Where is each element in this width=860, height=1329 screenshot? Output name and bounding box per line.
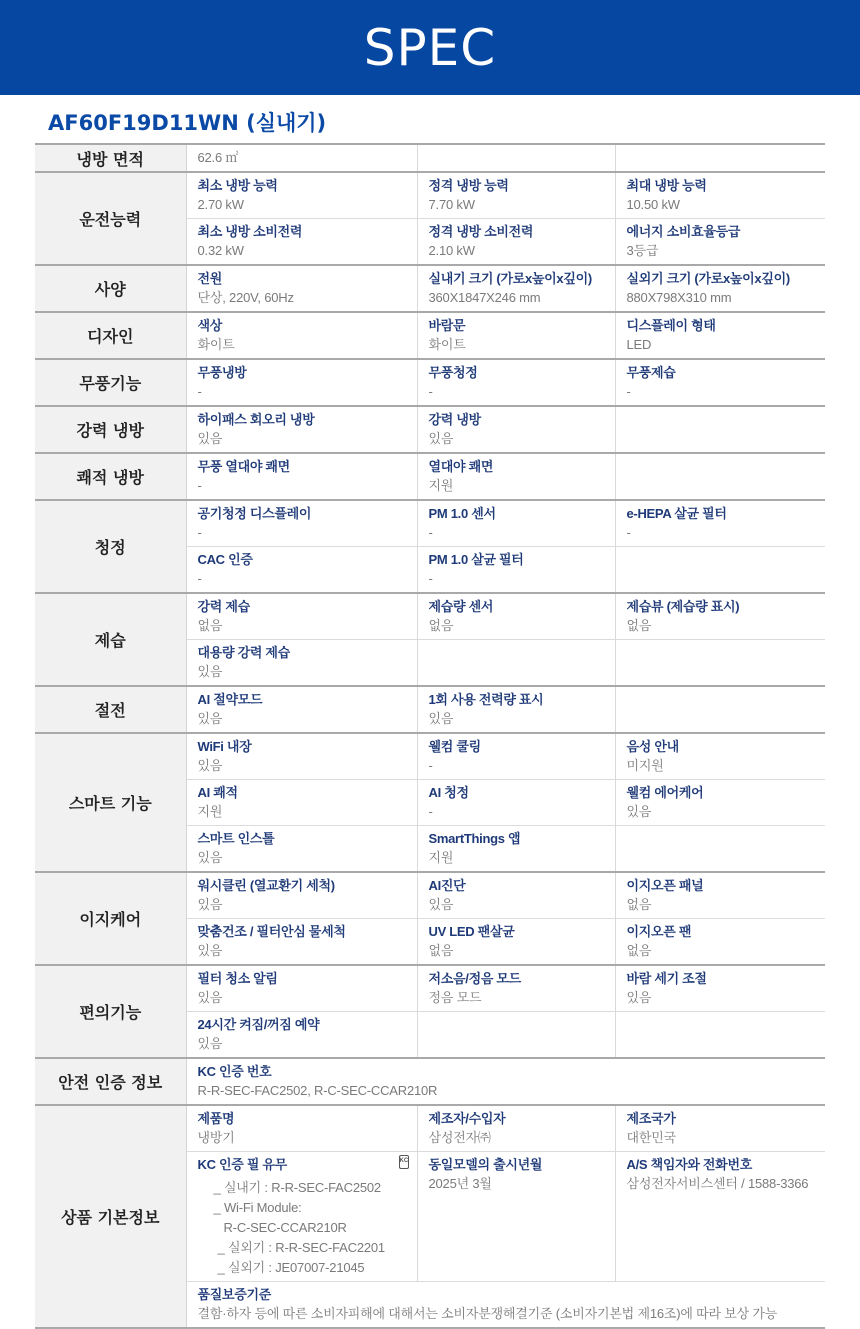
spec-value: 2.10 kW	[429, 241, 615, 261]
spec-label: 강력 냉방	[429, 410, 615, 429]
spec-label: AI 청정	[429, 783, 615, 802]
spec-cell: 웰컴 쿨링-	[417, 733, 615, 780]
kc-mark-label: KC 인증 필 유무	[198, 1155, 287, 1174]
spec-cell: 제습뷰 (제습량 표시)없음	[615, 593, 825, 640]
spec-label: 맞춤건조 / 필터안심 물세척	[198, 922, 417, 941]
group-label-basic: 상품 기본정보	[35, 1105, 186, 1328]
spec-cell: 색상화이트	[186, 312, 417, 359]
group-label-area: 냉방 면적	[35, 144, 186, 172]
group-label-smart: 스마트 기능	[35, 733, 186, 872]
release-value: 2025년 3월	[429, 1174, 615, 1194]
spec-value: 360X1847X246 mm	[429, 288, 615, 308]
spec-value: 화이트	[429, 335, 615, 355]
area-value: 62.6 ㎡	[198, 148, 417, 168]
kc-line: _ Wi-Fi Module:	[204, 1198, 417, 1218]
spec-cell	[417, 1012, 615, 1059]
spec-value: 없음	[627, 616, 826, 636]
spec-value: 있음	[198, 988, 417, 1008]
spec-cell: 에너지 소비효율등급3등급	[615, 219, 825, 266]
spec-label: 무풍청정	[429, 363, 615, 382]
spec-cell: e-HEPA 살균 필터-	[615, 500, 825, 547]
spec-value: -	[198, 569, 417, 589]
spec-value: 있음	[198, 662, 417, 682]
spec-value: -	[198, 382, 417, 402]
spec-cell	[615, 686, 825, 733]
row-safety: 안전 인증 정보 KC 인증 번호 R-R-SEC-FAC2502, R-C-S…	[35, 1058, 825, 1105]
kc-line: R-C-SEC-CCAR210R	[204, 1218, 417, 1238]
row-comfort_cool: 쾌적 냉방무풍 열대야 쾌면-열대야 쾌면지원	[35, 453, 825, 500]
spec-value: LED	[627, 335, 826, 355]
spec-label: e-HEPA 살균 필터	[627, 504, 826, 523]
spec-cell: 필터 청소 알림있음	[186, 965, 417, 1012]
spec-cell: PM 1.0 센서-	[417, 500, 615, 547]
row-convenience: 편의기능필터 청소 알림있음저소음/정음 모드정음 모드바람 세기 조절있음	[35, 965, 825, 1012]
spec-label: 제습뷰 (제습량 표시)	[627, 597, 826, 616]
spec-label: 무풍 열대야 쾌면	[198, 457, 417, 476]
kc-number-label: KC 인증 번호	[198, 1062, 826, 1081]
spec-cell: AI 쾌적지원	[186, 780, 417, 826]
spec-cell: 무풍냉방-	[186, 359, 417, 406]
spec-value: 삼성전자㈜	[429, 1128, 615, 1148]
group-label-purify: 청정	[35, 500, 186, 593]
release-label: 동일모델의 출시년월	[429, 1155, 615, 1174]
spec-value: 없음	[198, 616, 417, 636]
spec-value: 2.70 kW	[198, 195, 417, 215]
spec-label: 최대 냉방 능력	[627, 176, 826, 195]
spec-label: 디스플레이 형태	[627, 316, 826, 335]
spec-cell: 바람 세기 조절있음	[615, 965, 825, 1012]
spec-label: 대용량 강력 제습	[198, 643, 417, 662]
spec-label: 열대야 쾌면	[429, 457, 615, 476]
spec-value: 미지원	[627, 756, 826, 776]
spec-label: AI 절약모드	[198, 690, 417, 709]
spec-value: -	[627, 382, 826, 402]
spec-table: 냉방 면적 62.6 ㎡ 운전능력최소 냉방 능력2.70 kW정격 냉방 능력…	[35, 143, 825, 1329]
kc-number-value: R-R-SEC-FAC2502, R-C-SEC-CCAR210R	[198, 1081, 826, 1101]
spec-value: 냉방기	[198, 1128, 417, 1148]
spec-label: UV LED 팬살균	[429, 922, 615, 941]
group-label-dehumid: 제습	[35, 593, 186, 686]
spec-label: 색상	[198, 316, 417, 335]
spec-value: 880X798X310 mm	[627, 288, 826, 308]
warranty-label: 품질보증기준	[198, 1285, 826, 1304]
row-purify: 청정공기청정 디스플레이-PM 1.0 센서-e-HEPA 살균 필터-	[35, 500, 825, 547]
row-design: 디자인색상화이트바람문화이트디스플레이 형태LED	[35, 312, 825, 359]
spec-cell: PM 1.0 살균 필터-	[417, 547, 615, 594]
spec-cell: 디스플레이 형태LED	[615, 312, 825, 359]
spec-cell: 무풍청정-	[417, 359, 615, 406]
spec-cell: AI 절약모드있음	[186, 686, 417, 733]
spec-cell: 이지오픈 팬없음	[615, 919, 825, 966]
spec-cell	[417, 640, 615, 687]
spec-cell: 실외기 크기 (가로x높이x깊이)880X798X310 mm	[615, 265, 825, 312]
spec-cell: 24시간 켜짐/꺼짐 예약있음	[186, 1012, 417, 1059]
group-label-comfort_cool: 쾌적 냉방	[35, 453, 186, 500]
spec-label: SmartThings 앱	[429, 829, 615, 848]
spec-cell: 최대 냉방 능력10.50 kW	[615, 172, 825, 219]
row-saving: 절전AI 절약모드있음1회 사용 전력량 표시있음	[35, 686, 825, 733]
group-label-easycare: 이지케어	[35, 872, 186, 965]
spec-value: 단상, 220V, 60Hz	[198, 288, 417, 308]
spec-value: 대한민국	[627, 1128, 826, 1148]
spec-cell: 스마트 인스톨있음	[186, 826, 417, 873]
spec-label: 바람문	[429, 316, 615, 335]
spec-value: 지원	[429, 848, 615, 868]
row-power_cool: 강력 냉방하이패스 회오리 냉방있음강력 냉방있음	[35, 406, 825, 453]
spec-value: 있음	[198, 709, 417, 729]
spec-value: 화이트	[198, 335, 417, 355]
kc-line: _ 실내기 : R-R-SEC-FAC2502	[204, 1178, 417, 1198]
spec-value: 있음	[198, 941, 417, 961]
spec-value: 0.32 kW	[198, 241, 417, 261]
spec-value: 있음	[198, 429, 417, 449]
row-capacity: 운전능력최소 냉방 능력2.70 kW정격 냉방 능력7.70 kW최대 냉방 …	[35, 172, 825, 219]
row-basic: 상품 기본정보 제품명냉방기 제조자/수입자삼성전자㈜ 제조국가대한민국	[35, 1105, 825, 1152]
spec-label: 음성 안내	[627, 737, 826, 756]
spec-value: 있음	[198, 756, 417, 776]
as-value: 삼성전자서비스센터 / 1588-3366	[627, 1174, 826, 1194]
row-smart: 스마트 기능WiFi 내장있음웰컴 쿨링-음성 안내미지원	[35, 733, 825, 780]
spec-cell	[615, 826, 825, 873]
spec-value: 있음	[429, 895, 615, 915]
spec-cell: 실내기 크기 (가로x높이x깊이)360X1847X246 mm	[417, 265, 615, 312]
spec-label: 에너지 소비효율등급	[627, 222, 826, 241]
spec-value: 있음	[198, 895, 417, 915]
spec-label: CAC 인증	[198, 550, 417, 569]
group-label-design: 디자인	[35, 312, 186, 359]
spec-cell: 맞춤건조 / 필터안심 물세척있음	[186, 919, 417, 966]
spec-label: 강력 제습	[198, 597, 417, 616]
banner-title: SPEC	[364, 19, 496, 77]
spec-cell: 무풍 열대야 쾌면-	[186, 453, 417, 500]
spec-value: -	[429, 569, 615, 589]
spec-value: -	[429, 523, 615, 543]
spec-label: PM 1.0 센서	[429, 504, 615, 523]
spec-value: 지원	[429, 476, 615, 496]
spec-label: 무풍제습	[627, 363, 826, 382]
spec-label: AI진단	[429, 876, 615, 895]
spec-value: 10.50 kW	[627, 195, 826, 215]
spec-value: -	[627, 523, 826, 543]
spec-cell	[615, 406, 825, 453]
spec-value: 있음	[429, 709, 615, 729]
kc-line: _ 실외기 : R-R-SEC-FAC2201	[204, 1238, 417, 1258]
spec-label: 바람 세기 조절	[627, 969, 826, 988]
spec-label: 실내기 크기 (가로x높이x깊이)	[429, 269, 615, 288]
spec-value: 지원	[198, 802, 417, 822]
kc-mark-icon: KC	[399, 1155, 409, 1169]
spec-label: 이지오픈 팬	[627, 922, 826, 941]
spec-label: 제조국가	[627, 1109, 826, 1128]
spec-label: 정격 냉방 소비전력	[429, 222, 615, 241]
spec-label: 제습량 센서	[429, 597, 615, 616]
spec-value: -	[198, 523, 417, 543]
spec-cell: 1회 사용 전력량 표시있음	[417, 686, 615, 733]
spec-value: 없음	[429, 616, 615, 636]
spec-label: 이지오픈 패널	[627, 876, 826, 895]
spec-label: 웰컴 쿨링	[429, 737, 615, 756]
spec-label: AI 쾌적	[198, 783, 417, 802]
spec-value: -	[429, 382, 615, 402]
spec-cell: UV LED 팬살균없음	[417, 919, 615, 966]
spec-label: 웰컴 에어케어	[627, 783, 826, 802]
spec-value: 있음	[627, 988, 826, 1008]
spec-label: WiFi 내장	[198, 737, 417, 756]
spec-cell: CAC 인증-	[186, 547, 417, 594]
spec-value: 있음	[198, 1034, 417, 1054]
spec-cell	[615, 1012, 825, 1059]
spec-cell: AI 청정-	[417, 780, 615, 826]
row-windfree: 무풍기능무풍냉방-무풍청정-무풍제습-	[35, 359, 825, 406]
spec-value: 있음	[198, 848, 417, 868]
spec-cell: 워시클린 (열교환기 세척)있음	[186, 872, 417, 919]
spec-value: 있음	[429, 429, 615, 449]
spec-value: 있음	[627, 802, 826, 822]
spec-cell: 음성 안내미지원	[615, 733, 825, 780]
spec-cell: 공기청정 디스플레이-	[186, 500, 417, 547]
spec-value: -	[429, 802, 615, 822]
spec-cell: 대용량 강력 제습있음	[186, 640, 417, 687]
spec-cell: 강력 냉방있음	[417, 406, 615, 453]
spec-value: 없음	[627, 895, 826, 915]
spec-cell: 이지오픈 패널없음	[615, 872, 825, 919]
spec-cell: 바람문화이트	[417, 312, 615, 359]
spec-value: 없음	[429, 941, 615, 961]
spec-value: 없음	[627, 941, 826, 961]
spec-cell: 정격 냉방 소비전력2.10 kW	[417, 219, 615, 266]
spec-cell: SmartThings 앱지원	[417, 826, 615, 873]
spec-cell: WiFi 내장있음	[186, 733, 417, 780]
group-label-convenience: 편의기능	[35, 965, 186, 1058]
spec-label: 제품명	[198, 1109, 417, 1128]
kc-list: _ 실내기 : R-R-SEC-FAC2502 _ Wi-Fi Module: …	[198, 1178, 417, 1278]
spec-label: 1회 사용 전력량 표시	[429, 690, 615, 709]
group-label-windfree: 무풍기능	[35, 359, 186, 406]
spec-label: 워시클린 (열교환기 세척)	[198, 876, 417, 895]
spec-cell: 최소 냉방 능력2.70 kW	[186, 172, 417, 219]
spec-banner: SPEC	[0, 0, 860, 95]
spec-cell: AI진단있음	[417, 872, 615, 919]
spec-cell: 무풍제습-	[615, 359, 825, 406]
spec-cell: 하이패스 회오리 냉방있음	[186, 406, 417, 453]
spec-cell: 저소음/정음 모드정음 모드	[417, 965, 615, 1012]
spec-label: 하이패스 회오리 냉방	[198, 410, 417, 429]
spec-value: 3등급	[627, 241, 826, 261]
spec-cell: 웰컴 에어케어있음	[615, 780, 825, 826]
as-label: A/S 책임자와 전화번호	[627, 1155, 826, 1174]
spec-label: 전원	[198, 269, 417, 288]
spec-cell	[615, 453, 825, 500]
row-spec: 사양전원단상, 220V, 60Hz실내기 크기 (가로x높이x깊이)360X1…	[35, 265, 825, 312]
group-label-safety: 안전 인증 정보	[35, 1058, 186, 1105]
model-title: AF60F19D11WN (실내기)	[0, 95, 860, 143]
spec-label: 필터 청소 알림	[198, 969, 417, 988]
spec-label: 무풍냉방	[198, 363, 417, 382]
spec-value: -	[429, 756, 615, 776]
group-label-power_cool: 강력 냉방	[35, 406, 186, 453]
spec-cell: 강력 제습없음	[186, 593, 417, 640]
spec-label: 스마트 인스톨	[198, 829, 417, 848]
row-dehumid: 제습강력 제습없음제습량 센서없음제습뷰 (제습량 표시)없음	[35, 593, 825, 640]
spec-cell: 최소 냉방 소비전력0.32 kW	[186, 219, 417, 266]
spec-cell	[615, 640, 825, 687]
spec-label: 제조자/수입자	[429, 1109, 615, 1128]
spec-cell: 정격 냉방 능력7.70 kW	[417, 172, 615, 219]
spec-label: 최소 냉방 소비전력	[198, 222, 417, 241]
row-area: 냉방 면적 62.6 ㎡	[35, 144, 825, 172]
row-easycare: 이지케어워시클린 (열교환기 세척)있음AI진단있음이지오픈 패널없음	[35, 872, 825, 919]
spec-label: 저소음/정음 모드	[429, 969, 615, 988]
spec-label: 공기청정 디스플레이	[198, 504, 417, 523]
spec-cell: 전원단상, 220V, 60Hz	[186, 265, 417, 312]
warranty-value: 결함·하자 등에 따른 소비자피해에 대해서는 소비자분쟁해결기준 (소비자기본…	[198, 1304, 826, 1324]
spec-cell: 제습량 센서없음	[417, 593, 615, 640]
spec-value: -	[198, 476, 417, 496]
group-label-spec: 사양	[35, 265, 186, 312]
spec-value: 7.70 kW	[429, 195, 615, 215]
group-label-saving: 절전	[35, 686, 186, 733]
spec-label: 최소 냉방 능력	[198, 176, 417, 195]
group-label-capacity: 운전능력	[35, 172, 186, 265]
spec-label: 24시간 켜짐/꺼짐 예약	[198, 1015, 417, 1034]
spec-label: 실외기 크기 (가로x높이x깊이)	[627, 269, 826, 288]
spec-label: 정격 냉방 능력	[429, 176, 615, 195]
spec-value: 정음 모드	[429, 988, 615, 1008]
spec-cell	[615, 547, 825, 594]
kc-line: _ 실외기 : JE07007-21045	[204, 1258, 417, 1278]
spec-cell: 열대야 쾌면지원	[417, 453, 615, 500]
spec-label: PM 1.0 살균 필터	[429, 550, 615, 569]
